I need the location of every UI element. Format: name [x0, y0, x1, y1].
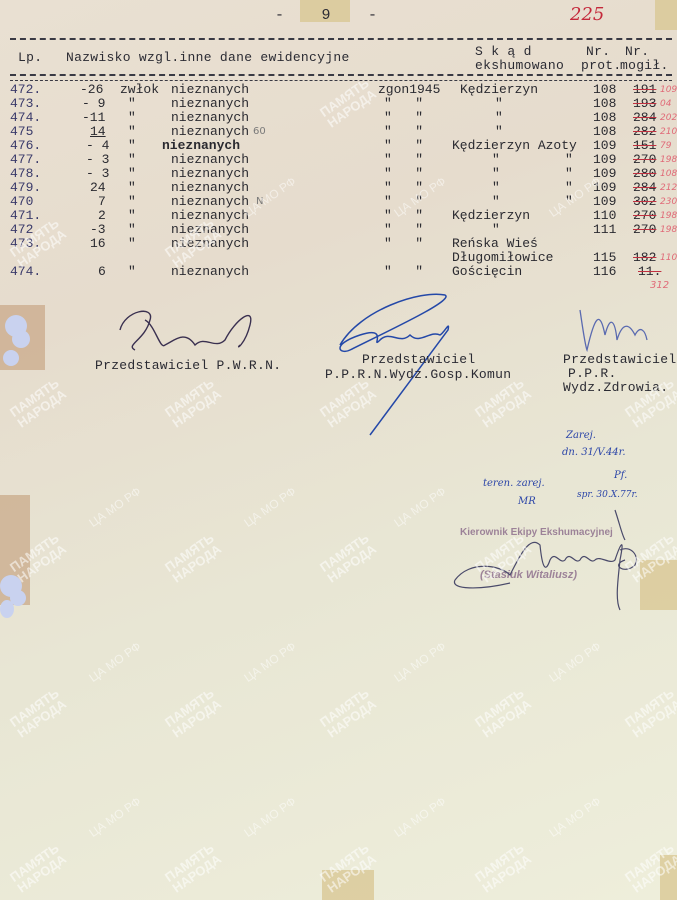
- row-grave: 270: [633, 153, 656, 167]
- row-place: Kędzierzyn Azoty: [452, 139, 577, 153]
- row-word: ": [128, 237, 136, 251]
- row-prot: 109: [593, 153, 616, 167]
- row-lp: 470: [10, 195, 33, 209]
- row-word: ": [128, 111, 136, 125]
- row-prot: 116: [593, 265, 616, 279]
- row-lp: 478.: [10, 167, 41, 181]
- row-desc: nieznanych: [171, 125, 249, 139]
- row-desc: nieznanych: [171, 181, 249, 195]
- row-place: Kędzierzyn: [452, 209, 530, 223]
- row-desc: nieznanych: [171, 167, 249, 181]
- signature-scribble: [575, 305, 655, 355]
- watermark-text: ЦА МО РФ: [86, 639, 143, 685]
- row-grave-new: 108: [660, 167, 677, 181]
- watermark-text: ПАМЯТЬ НАРОДА: [473, 841, 534, 895]
- watermark-text: ПАМЯТЬ НАРОДА: [473, 686, 534, 740]
- row-desc: nieznanych: [171, 97, 249, 111]
- row-grave: 182: [633, 251, 656, 265]
- row-count: 24: [90, 181, 106, 195]
- row-grave: 282: [633, 125, 656, 139]
- row-count: - 4: [86, 139, 109, 153]
- table-row: 471. 2 " nieznanych " " Kędzierzyn 110 2…: [0, 209, 677, 223]
- row-place-ditto: ": [565, 153, 573, 167]
- row-death: " ": [384, 223, 423, 237]
- row-death: " ": [384, 237, 423, 251]
- row-count: 7: [98, 195, 106, 209]
- row-grave-new: 04: [660, 97, 671, 111]
- row-death: " ": [384, 125, 423, 139]
- signature-line1: Przedstawiciel: [362, 352, 475, 367]
- row-grave: 193: [633, 97, 656, 111]
- row-prot: 108: [593, 97, 616, 111]
- row-grave: 191: [633, 83, 656, 97]
- row-count: - 3: [86, 167, 109, 181]
- header-from-1: S k ą d: [475, 44, 532, 59]
- row-lp: 473.: [10, 97, 41, 111]
- row-count: -11: [82, 111, 105, 125]
- signature-title: Przedstawiciel P.W.R.N.: [95, 358, 281, 373]
- row-prot: 111: [593, 223, 616, 237]
- row-word: ": [128, 153, 136, 167]
- row-grave-new: 230: [660, 195, 677, 209]
- row-place: ": [495, 111, 503, 125]
- header-top-rule: [10, 38, 672, 40]
- row-grave-new: 198: [660, 153, 677, 167]
- watermark-text: ЦА МО РФ: [241, 794, 298, 840]
- watermark-text: ПАМЯТЬ НАРОДА: [8, 686, 69, 740]
- watermark-text: ПАМЯТЬ НАРОДА: [8, 376, 69, 430]
- row-death: " ": [384, 167, 423, 181]
- header-lp: Lp.: [18, 50, 42, 65]
- signature-scribble: [115, 300, 265, 360]
- grave-footnote: 312: [650, 280, 669, 291]
- table-row: 475 14 " nieznanych 60 " " " 108 282 210: [0, 125, 677, 139]
- row-place: ": [492, 167, 500, 181]
- row-grave: 270: [633, 209, 656, 223]
- watermark-text: ПАМЯТЬ НАРОДА: [473, 376, 534, 430]
- row-grave: 11.: [638, 265, 661, 279]
- row-prot: 108: [593, 83, 616, 97]
- header-prot-1: Nr.: [586, 44, 610, 59]
- row-word: ": [128, 223, 136, 237]
- row-place: Kędzierzyn: [460, 83, 538, 97]
- header-name: Nazwisko wzgl.inne dane ewidencyjne: [66, 50, 350, 65]
- watermark-text: ЦА МО РФ: [391, 484, 448, 530]
- watermark-text: ЦА МО РФ: [241, 484, 298, 530]
- watermark-text: ЦА МО РФ: [391, 794, 448, 840]
- row-grave-new: 110: [660, 251, 677, 265]
- watermark-text: ПАМЯТЬ НАРОДА: [318, 531, 379, 585]
- row-place: ": [492, 195, 500, 209]
- header-grave-1: Nr.: [625, 44, 649, 59]
- watermark-text: ЦА МО РФ: [391, 639, 448, 685]
- row-desc: nieznanych: [162, 139, 240, 153]
- row-desc: nieznanych: [171, 111, 249, 125]
- row-death: " ": [384, 265, 423, 279]
- row-lp: 477.: [10, 153, 41, 167]
- row-desc: nieznanych: [171, 153, 249, 167]
- watermark-text: ЦА МО РФ: [546, 794, 603, 840]
- table-row: Długomiłowice 115 182 110: [0, 251, 677, 265]
- row-grave: 270: [633, 223, 656, 237]
- row-place: Reńska Wieś: [452, 237, 538, 251]
- watermark-text: ПАМЯТЬ НАРОДА: [318, 686, 379, 740]
- signature-line1: Przedstawiciel: [563, 352, 676, 367]
- row-count: -3: [90, 223, 106, 237]
- row-grave-new: 79: [660, 139, 671, 153]
- table-row: 477. - 3 " nieznanych " " " " 109 270 19…: [0, 153, 677, 167]
- note-terrain: teren. zarej.: [483, 478, 545, 489]
- header-bottom-rule: [10, 74, 672, 76]
- row-prot: 109: [593, 139, 616, 153]
- row-lp: 479.: [10, 181, 41, 195]
- note-initials-1: Pf.: [614, 470, 627, 481]
- row-prot: 110: [593, 209, 616, 223]
- row-count: 16: [90, 237, 106, 251]
- watermark-text: ПАМЯТЬ НАРОДА: [8, 841, 69, 895]
- row-grave-new: 212: [660, 181, 677, 195]
- row-word: ": [128, 209, 136, 223]
- row-desc: nieznanych: [171, 83, 249, 97]
- row-word: zwłok: [120, 83, 159, 97]
- row-prot: 108: [593, 125, 616, 139]
- header-bottom-rule-2: [10, 80, 672, 81]
- table-row: 473. 16 " nieznanych " " Reńska Wieś: [0, 237, 677, 251]
- row-place: ": [492, 181, 500, 195]
- row-count: 2: [98, 209, 106, 223]
- row-count: - 9: [82, 97, 105, 111]
- row-grave-new: 109: [660, 83, 677, 97]
- row-place: ": [495, 125, 503, 139]
- row-lp: 472.: [10, 83, 41, 97]
- table-row: 476. - 4 " nieznanych " " Kędzierzyn Azo…: [0, 139, 677, 153]
- row-word: ": [128, 97, 136, 111]
- note-registered: Zarej.: [566, 430, 596, 441]
- row-word: ": [128, 125, 136, 139]
- row-death: " ": [384, 97, 423, 111]
- punch-hole: [0, 600, 14, 618]
- row-place-ditto: ": [565, 167, 573, 181]
- note-checked: spr. 30.X.77r.: [577, 490, 638, 500]
- header-prot-2: prot.: [581, 58, 622, 73]
- page-number: - 9 -: [275, 7, 377, 24]
- watermark-text: ЦА МО РФ: [241, 639, 298, 685]
- signature-line2: P.P.R.N.Wydz.Gosp.Komun: [325, 367, 511, 382]
- signature-line2: P.P.R.: [568, 366, 617, 381]
- row-count: - 3: [86, 153, 109, 167]
- row-place: Długomiłowice: [452, 251, 553, 265]
- row-grave-new: 198: [660, 209, 677, 223]
- row-grave-new: 202: [660, 111, 677, 125]
- row-grave: 280: [633, 167, 656, 181]
- watermark-text: ЦА МО РФ: [86, 794, 143, 840]
- row-grave-new: 210: [660, 125, 677, 139]
- row-grave-new: 198: [660, 223, 677, 237]
- row-count: 14: [90, 125, 106, 139]
- punch-hole: [12, 330, 30, 348]
- row-grave: 151: [633, 139, 656, 153]
- row-grave: 302: [633, 195, 656, 209]
- watermark-text: ПАМЯТЬ НАРОДА: [623, 686, 677, 740]
- watermark-text: ЦА МО РФ: [86, 484, 143, 530]
- watermark-text: ПАМЯТЬ НАРОДА: [163, 376, 224, 430]
- watermark-text: ПАМЯТЬ НАРОДА: [163, 841, 224, 895]
- watermark-text: ПАМЯТЬ НАРОДА: [163, 531, 224, 585]
- row-prot: 115: [593, 251, 616, 265]
- table-row: 478. - 3 " nieznanych " " " " 109 280 10…: [0, 167, 677, 181]
- row-grave: 284: [633, 111, 656, 125]
- document-page: - 9 - 225 Lp. Nazwisko wzgl.inne dane ew…: [0, 0, 677, 900]
- table-row: 474. 6 " nieznanych " " Gościęcin 116 11…: [0, 265, 677, 279]
- row-grave: 284: [633, 181, 656, 195]
- row-word: ": [128, 265, 136, 279]
- row-desc: nieznanych: [171, 195, 249, 209]
- row-lp: 475: [10, 125, 33, 139]
- archive-page-number: 225: [570, 4, 604, 25]
- row-prot: 108: [593, 111, 616, 125]
- row-place: ": [492, 153, 500, 167]
- note-registered-date: dn. 31/V.44r.: [562, 447, 626, 458]
- row-prot: 109: [593, 195, 616, 209]
- watermark-text: ПАМЯТЬ НАРОДА: [163, 686, 224, 740]
- row-death: " ": [384, 139, 423, 153]
- row-count: 6: [98, 265, 106, 279]
- row-lp: 474.: [10, 111, 41, 125]
- row-word: ": [128, 195, 136, 209]
- header-from-2: ekshumowano: [475, 58, 564, 73]
- header-grave-2: mogił.: [620, 58, 669, 73]
- row-place: Gościęcin: [452, 265, 522, 279]
- table-row: 472 -3 " nieznanych " " " 111 270 198: [0, 223, 677, 237]
- row-word: ": [128, 167, 136, 181]
- punch-hole: [3, 350, 19, 366]
- row-note: 60: [253, 125, 266, 139]
- row-place: ": [492, 223, 500, 237]
- row-word: ": [128, 181, 136, 195]
- row-word: ": [128, 139, 136, 153]
- row-place: ": [495, 97, 503, 111]
- row-death: " ": [384, 153, 423, 167]
- watermark-text: ЦА МО РФ: [546, 639, 603, 685]
- row-death: zgon1945: [378, 83, 440, 97]
- row-lp: 476.: [10, 139, 41, 153]
- tape-stain-right-top: [655, 0, 677, 30]
- row-lp: 471.: [10, 209, 41, 223]
- row-death: " ": [384, 111, 423, 125]
- row-count: -26: [80, 83, 103, 97]
